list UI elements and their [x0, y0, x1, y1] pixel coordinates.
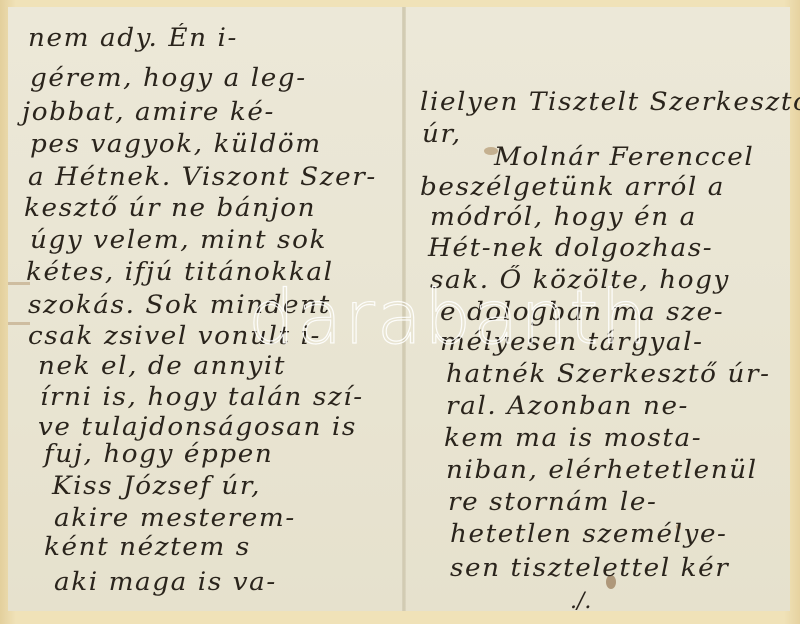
left-page: nem ady. Én i- gérem, hogy a leg- jobbat… — [8, 7, 402, 611]
handwritten-line: aki maga is va- — [54, 567, 277, 597]
handwritten-line: hetetlen személye- — [450, 519, 727, 549]
handwritten-line: a Hétnek. Viszont Szer- — [28, 162, 377, 192]
handwritten-line: nek el, de annyit — [38, 351, 286, 381]
handwritten-line: csak zsivel vonult i- — [28, 321, 321, 351]
page-continuation-mark: ./. — [570, 589, 591, 614]
handwritten-line: gérem, hogy a leg- — [30, 63, 307, 93]
handwritten-line: nem ady. Én i- — [28, 23, 238, 53]
handwritten-line: akire mesterem- — [54, 503, 296, 533]
handwritten-line: hatnék Szerkesztő úr- — [446, 359, 771, 389]
handwritten-line: kétes, ifjú titánokkal — [26, 257, 334, 287]
handwritten-line: fuj, hogy éppen — [44, 439, 273, 469]
handwritten-line: módról, hogy én a — [430, 202, 697, 232]
handwritten-line: Hét-nek dolgozhas- — [428, 233, 713, 263]
handwritten-line: e dologban ma sze- — [440, 297, 724, 327]
handwritten-line: pes vagyok, küldöm — [30, 129, 322, 159]
handwritten-line: beszélgetünk arról a — [420, 172, 725, 202]
handwritten-line: kesztő úr ne bánjon — [24, 193, 316, 223]
handwritten-line: Molnár Ferenccel — [494, 142, 754, 172]
handwritten-line: úr, — [422, 119, 462, 149]
handwritten-line: lielyen Tisztelt Szerkesztő — [420, 87, 800, 117]
handwritten-line: szokás. Sok mindent — [28, 290, 331, 320]
handwritten-line: kem ma is mosta- — [444, 423, 702, 453]
handwritten-line: ral. Azonban ne- — [446, 391, 689, 421]
handwritten-line: Kiss József úr, — [52, 471, 261, 501]
margin-stain — [8, 322, 30, 325]
handwritten-line: sen tisztelettel kér — [450, 553, 729, 583]
handwritten-line: ve tulajdonságosan is — [38, 412, 357, 442]
right-page: lielyen Tisztelt Szerkesztő úr, Molnár F… — [406, 7, 790, 611]
handwritten-line: sak. Ő közölte, hogy — [430, 265, 730, 295]
handwritten-line: re stornám le- — [448, 487, 657, 517]
handwritten-line: niban, elérhetetlenül — [446, 455, 758, 485]
handwritten-line: úgy velem, mint sok — [30, 225, 327, 255]
handwritten-line: jobbat, amire ké- — [22, 97, 275, 127]
letter-sheet: nem ady. Én i- gérem, hogy a leg- jobbat… — [8, 7, 790, 611]
handwritten-line: ként néztem s — [44, 532, 251, 562]
handwritten-line: mélyesen tárgyal- — [440, 327, 704, 357]
handwritten-line: írni is, hogy talán szí- — [40, 382, 364, 412]
picture-frame: nem ady. Én i- gérem, hogy a leg- jobbat… — [0, 0, 800, 624]
